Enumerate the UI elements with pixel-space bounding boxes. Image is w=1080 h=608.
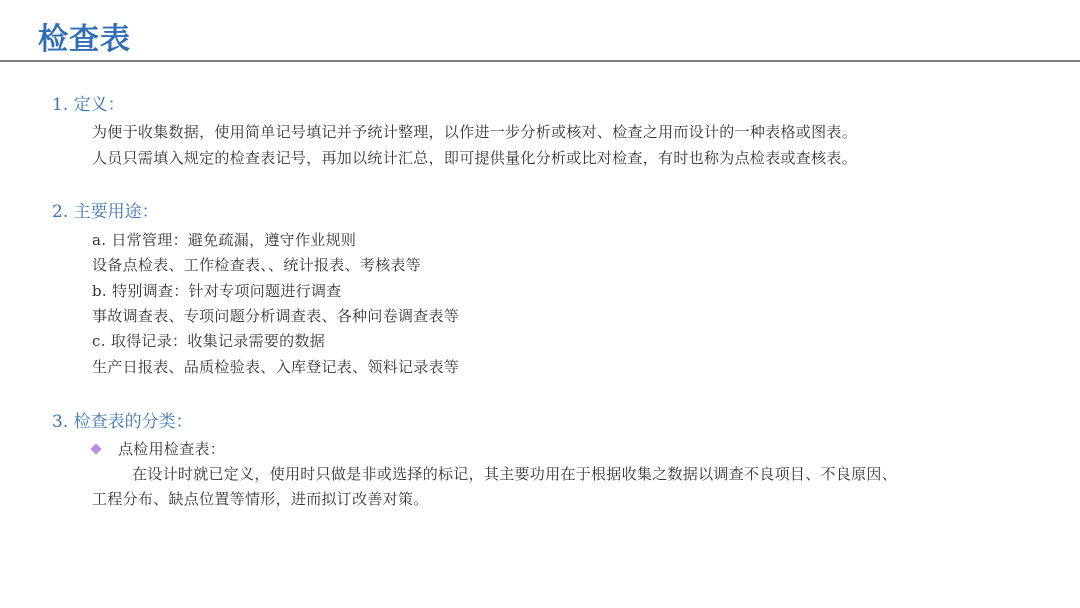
uses-line: b. 特别调查：针对专项问题进行调查 <box>92 280 342 302</box>
slide-title: 检查表 <box>38 20 131 60</box>
bullet-label: 点检用检查表： <box>118 438 225 460</box>
section-heading-uses: 2. 主要用途： <box>52 200 159 224</box>
classification-line: 在设计时就已定义，使用时只做是非或选择的标记，其主要功用在于根据收集之数据以调查… <box>132 463 897 485</box>
definition-line: 人员只需填入规定的检查表记号，再加以统计汇总，即可提供量化分析或比对检查，有时也… <box>92 147 857 169</box>
uses-line: a. 日常管理：避免疏漏，遵守作业规则 <box>92 229 356 251</box>
classification-line: 工程分布、缺点位置等情形，进而拟订改善对策。 <box>92 488 429 510</box>
uses-line: c. 取得记录：收集记录需要的数据 <box>92 330 325 352</box>
section-heading-definition: 1. 定义： <box>52 93 125 117</box>
definition-line: 为便于收集数据，使用简单记号填记并予统计整理，以作进一步分析或核对、检查之用而设… <box>92 121 857 143</box>
title-divider <box>0 60 1080 62</box>
diamond-bullet-icon <box>90 443 101 454</box>
section-heading-classification: 3. 检查表的分类： <box>52 410 193 434</box>
uses-line: 事故调查表、专项问题分析调查表、各种问卷调查表等 <box>92 305 459 327</box>
uses-line: 生产日报表、品质检验表、入库登记表、领料记录表等 <box>92 356 459 378</box>
uses-line: 设备点检表、工作检查表、、统计报表、考核表等 <box>92 254 421 276</box>
